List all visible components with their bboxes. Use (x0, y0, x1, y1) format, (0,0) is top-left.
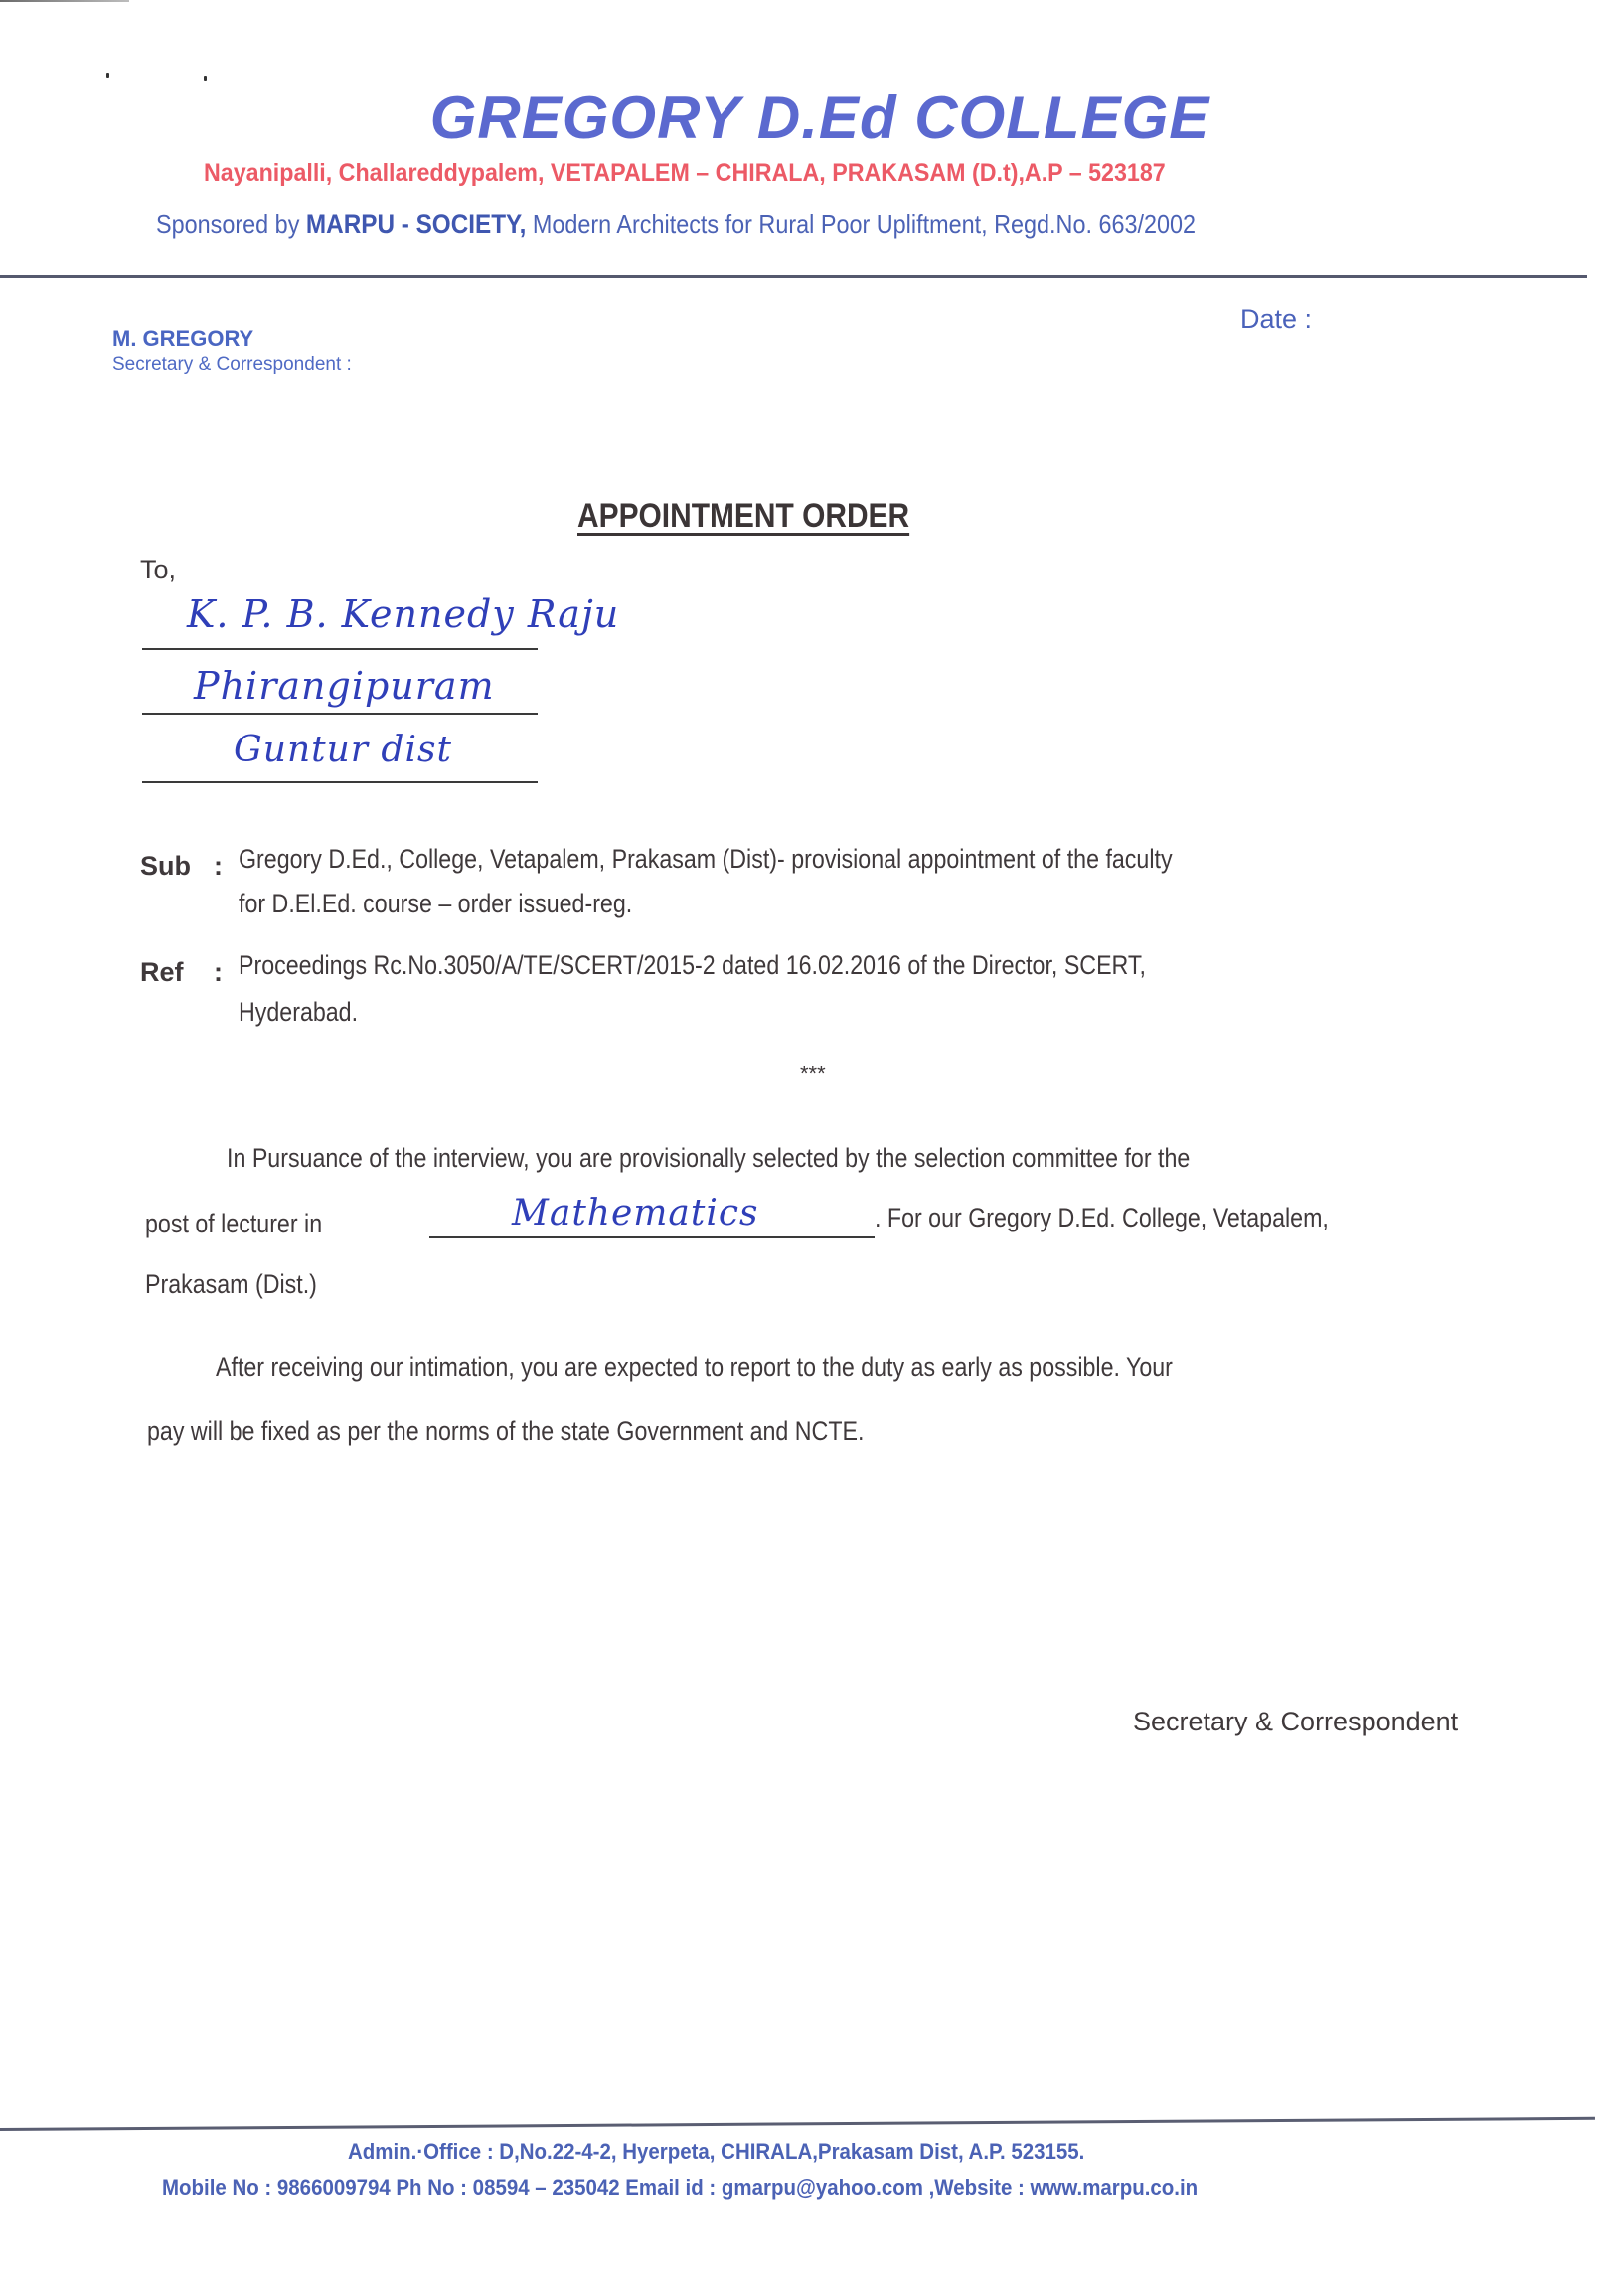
sponsor-prefix: Sponsored by (156, 209, 306, 239)
reference-colon: : (214, 957, 223, 988)
paragraph1-line3: Prakasam (Dist.) (145, 1269, 317, 1300)
recipient-address-line2: Guntur dist (234, 730, 452, 770)
signatory-role: Secretary & Correspondent : (112, 354, 352, 376)
signatory-name: M. GREGORY (112, 326, 253, 352)
college-address: Nayanipalli, Challareddypalem, VETAPALEM… (204, 159, 1166, 188)
subject-line2: for D.El.Ed. course – order issued-reg. (239, 889, 632, 919)
sponsor-name: MARPU - SOCIETY, (306, 209, 526, 239)
paragraph1-line2-suffix: . For our Gregory D.Ed. College, Vetapal… (875, 1203, 1329, 1233)
paragraph1-line1: In Pursuance of the interview, you are p… (227, 1143, 1190, 1174)
recipient-name: K. P. B. Kennedy Raju (187, 592, 619, 636)
document-title: APPOINTMENT ORDER (577, 497, 909, 536)
paragraph2-line1: After receiving our intimation, you are … (216, 1352, 1173, 1383)
date-field: Date : (1240, 304, 1312, 335)
scan-speck (204, 76, 207, 81)
recipient-line (142, 781, 538, 783)
signoff: Secretary & Correspondent (1133, 1707, 1458, 1737)
scan-edge-mark (0, 0, 129, 2)
letterhead-divider (0, 275, 1587, 278)
sponsor-suffix: Modern Architects for Rural Poor Upliftm… (526, 209, 1196, 239)
subject-handwritten: Mathematics (512, 1193, 759, 1233)
footer-contact: Mobile No : 9866009794 Ph No : 08594 – 2… (162, 2175, 1198, 2201)
subject-line1: Gregory D.Ed., College, Vetapalem, Praka… (239, 844, 1281, 875)
reference-line1: Proceedings Rc.No.3050/A/TE/SCERT/2015-2… (239, 950, 1146, 981)
date-label: Date : (1240, 304, 1312, 334)
to-label: To, (140, 555, 176, 585)
college-name: GREGORY D.Ed COLLEGE (0, 83, 1610, 152)
subject-colon: : (214, 851, 223, 882)
sponsor-line: Sponsored by MARPU - SOCIETY, Modern Arc… (156, 209, 1196, 240)
footer-office-address: Admin.·Office : D,No.22-4-2, Hyerpeta, C… (348, 2139, 1084, 2165)
paragraph2-line2: pay will be fixed as per the norms of th… (147, 1416, 864, 1447)
footer-divider (0, 2117, 1595, 2131)
recipient-line (142, 648, 538, 650)
subject-label: Sub (140, 851, 191, 882)
subject-blank-line (429, 1236, 875, 1238)
section-separator: *** (800, 1062, 826, 1087)
scan-speck (106, 73, 109, 78)
recipient-address-line1: Phirangipuram (194, 664, 495, 708)
recipient-line (142, 713, 538, 715)
reference-label: Ref (140, 957, 184, 988)
paragraph1-line2-prefix: post of lecturer in (145, 1209, 322, 1239)
reference-line2: Hyderabad. (239, 997, 358, 1028)
